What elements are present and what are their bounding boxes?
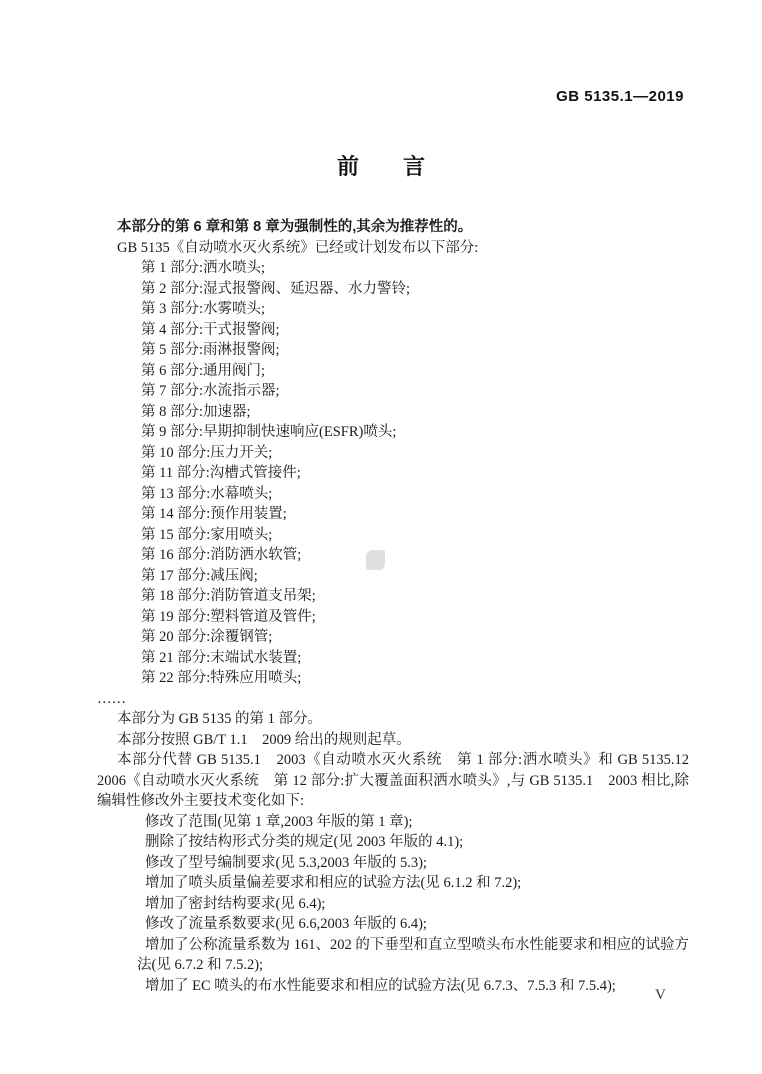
series-part-item: 第 2 部分:湿式报警阀、延迟器、水力警铃; [141, 279, 689, 300]
series-part-item: 第 9 部分:早期抑制快速响应(ESFR)喷头; [141, 422, 689, 443]
series-part-list: 第 1 部分:洒水喷头; 第 2 部分:湿式报警阀、延迟器、水力警铃; 第 3 … [141, 258, 689, 689]
technical-change-item: 增加了公称流量系数为 161、202 的下垂型和直立型喷头布水性能要求和相应的试… [137, 935, 689, 976]
series-part-item: 第 19 部分:塑料管道及管件; [141, 607, 689, 628]
series-part-item: 第 5 部分:雨淋报警阀; [141, 340, 689, 361]
series-intro: GB 5135《自动喷水灭火系统》已经或计划发布以下部分: [97, 238, 689, 259]
foreword-body: 本部分的第 6 章和第 8 章为强制性的,其余为推荐性的。 GB 5135《自动… [97, 217, 689, 996]
series-part-item: 第 16 部分:消防洒水软管; [141, 545, 689, 566]
series-part-item: 第 22 部分:特殊应用喷头; [141, 668, 689, 689]
series-part-item: 第 4 部分:干式报警阀; [141, 320, 689, 341]
series-part-item: 第 14 部分:预作用装置; [141, 504, 689, 525]
series-part-item: 第 8 部分:加速器; [141, 402, 689, 423]
standard-code-header: GB 5135.1—2019 [556, 88, 684, 105]
ellipsis-line: …… [97, 689, 689, 710]
mandatory-clause-note: 本部分的第 6 章和第 8 章为强制性的,其余为推荐性的。 [97, 217, 689, 238]
technical-change-item: 增加了喷头质量偏差要求和相应的试验方法(见 6.1.2 和 7.2); [137, 873, 689, 894]
series-part-item: 第 15 部分:家用喷头; [141, 525, 689, 546]
series-part-item: 第 13 部分:水幕喷头; [141, 484, 689, 505]
series-part-item: 第 3 部分:水雾喷头; [141, 299, 689, 320]
series-part-item: 第 1 部分:洒水喷头; [141, 258, 689, 279]
series-part-item: 第 20 部分:涂覆钢管; [141, 627, 689, 648]
series-part-item: 第 17 部分:减压阀; [141, 566, 689, 587]
foreword-paragraph: 本部分为 GB 5135 的第 1 部分。 [97, 709, 689, 730]
technical-change-item: 修改了型号编制要求(见 5.3,2003 年版的 5.3); [137, 853, 689, 874]
technical-change-item: 增加了 EC 喷头的布水性能要求和相应的试验方法(见 6.7.3、7.5.3 和… [137, 976, 689, 997]
technical-change-item: 删除了按结构形式分类的规定(见 2003 年版的 4.1); [137, 832, 689, 853]
series-part-item: 第 10 部分:压力开关; [141, 443, 689, 464]
technical-change-item: 增加了密封结构要求(见 6.4); [137, 894, 689, 915]
standard-document-page: GB 5135.1—2019 前 言 本部分的第 6 章和第 8 章为强制性的,… [0, 0, 762, 1074]
series-part-item: 第 18 部分:消防管道支吊架; [141, 586, 689, 607]
technical-change-item: 修改了范围(见第 1 章,2003 年版的第 1 章); [137, 812, 689, 833]
foreword-title: 前 言 [0, 150, 762, 181]
technical-change-item: 修改了流量系数要求(见 6.6,2003 年版的 6.4); [137, 914, 689, 935]
foreword-paragraph: 本部分代替 GB 5135.1 2003《自动喷水灭火系统 第 1 部分:洒水喷… [97, 750, 689, 812]
technical-change-list: 修改了范围(见第 1 章,2003 年版的第 1 章); 删除了按结构形式分类的… [97, 812, 689, 997]
series-part-item: 第 21 部分:末端试水装置; [141, 648, 689, 669]
foreword-paragraph: 本部分按照 GB/T 1.1 2009 给出的规则起草。 [97, 730, 689, 751]
page-number: V [655, 987, 666, 1004]
scan-smudge-artifact [366, 550, 385, 570]
series-part-item: 第 6 部分:通用阀门; [141, 361, 689, 382]
series-part-item: 第 7 部分:水流指示器; [141, 381, 689, 402]
series-part-item: 第 11 部分:沟槽式管接件; [141, 463, 689, 484]
